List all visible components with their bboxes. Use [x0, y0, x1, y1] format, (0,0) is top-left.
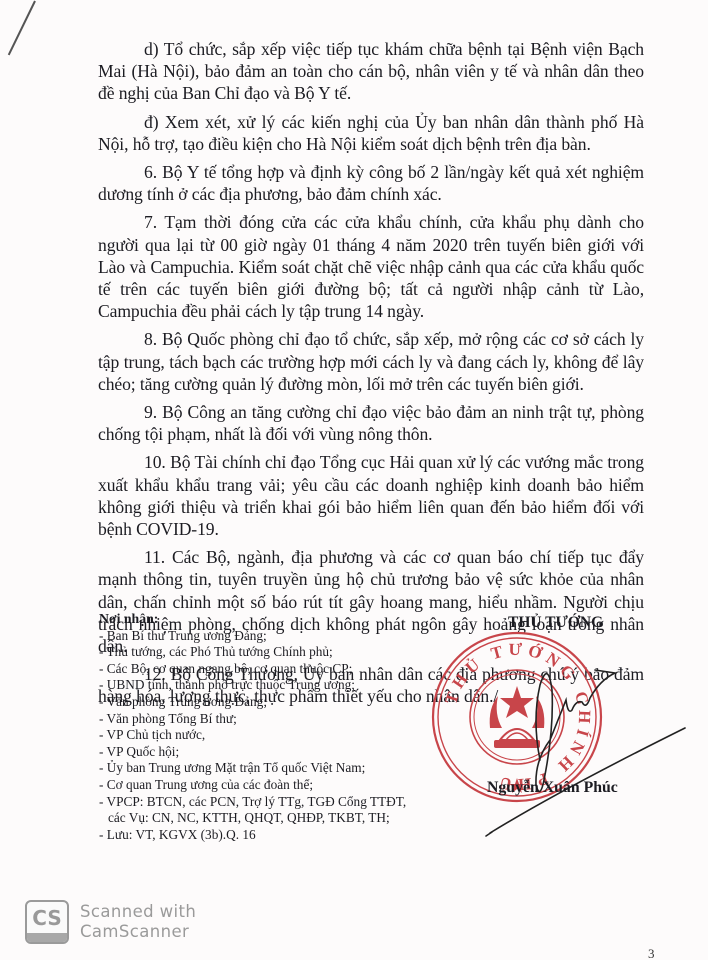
signer-name: Nguyễn Xuân Phúc [487, 779, 618, 797]
recipients-heading: Nơi nhận: [99, 611, 429, 628]
paragraph-8: 8. Bộ Quốc phòng chỉ đạo tổ chức, sắp xế… [98, 328, 644, 395]
recipient-item: - VP Chủ tịch nước, [99, 727, 429, 744]
recipient-item: - Ủy ban Trung ương Mặt trận Tổ quốc Việ… [99, 760, 429, 777]
paragraph-dd: đ) Xem xét, xử lý các kiến nghị của Ủy b… [98, 111, 644, 155]
recipient-item: - Văn phòng Trung ương Đảng; [99, 694, 429, 711]
recipient-item: - Ban Bí thư Trung ương Đảng; [99, 628, 429, 645]
paragraph-10: 10. Bộ Tài chính chỉ đạo Tổng cục Hải qu… [98, 451, 644, 540]
recipient-item: - Các Bộ, cơ quan ngang bộ, cơ quan thuộ… [99, 661, 429, 678]
scan-edge-line [8, 1, 36, 56]
paragraph-7: 7. Tạm thời đóng cửa các cửa khẩu chính,… [98, 211, 644, 322]
paragraph-d: d) Tổ chức, sắp xếp việc tiếp tục khám c… [98, 38, 644, 105]
recipient-item: - VP Quốc hội; [99, 744, 429, 761]
camscanner-logo-icon: CS [25, 900, 69, 944]
paragraph-6: 6. Bộ Y tế tổng hợp và định kỳ công bố 2… [98, 161, 644, 205]
recipient-item: - Thủ tướng, các Phó Thủ tướng Chính phủ… [99, 644, 429, 661]
recipients-list: Nơi nhận: - Ban Bí thư Trung ương Đảng; … [99, 611, 429, 843]
recipient-item: - UBND tỉnh, thành phố trực thuộc Trung … [99, 677, 429, 694]
recipient-item: các Vụ: CN, NC, KTTH, QHQT, QHĐP, TKBT, … [99, 810, 429, 827]
recipient-item: - VPCP: BTCN, các PCN, Trợ lý TTg, TGĐ C… [99, 794, 429, 811]
paragraph-9: 9. Bộ Công an tăng cường chỉ đạo việc bả… [98, 401, 644, 445]
camscanner-watermark: Scanned with CamScanner [80, 902, 196, 942]
page-number: 3 [648, 946, 655, 960]
recipient-item: - Văn phòng Tổng Bí thư; [99, 711, 429, 728]
signature-icon [440, 640, 690, 840]
recipient-item: - Lưu: VT, KGVX (3b).Q. 16 [99, 827, 429, 844]
recipient-item: - Cơ quan Trung ương của các đoàn thể; [99, 777, 429, 794]
